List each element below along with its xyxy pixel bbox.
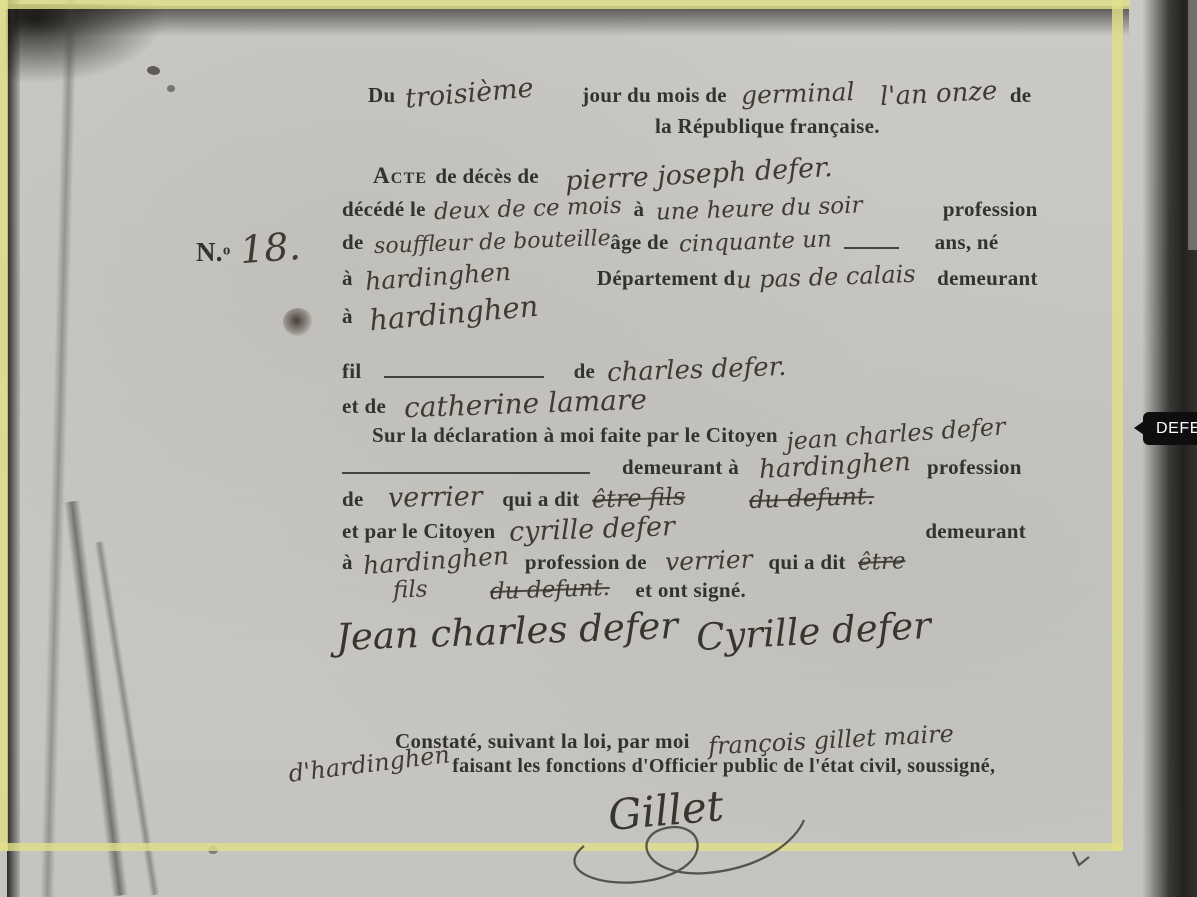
index-tooltip-label: DEFER xyxy=(1156,420,1197,437)
printed-text: de xyxy=(342,487,364,512)
handwritten-text: une heure du soir xyxy=(656,192,863,225)
handwritten-text: catherine lamare xyxy=(404,383,648,424)
handwritten-text: d'hardinghen xyxy=(287,740,451,788)
handwritten-text: hardinghen xyxy=(368,289,540,338)
printed-text: jour du mois de xyxy=(582,83,727,108)
printed-text: à xyxy=(342,550,353,575)
printed-text: profession xyxy=(943,197,1038,222)
signature-flourish xyxy=(552,798,842,897)
act-line: et decatherine lamare xyxy=(342,387,647,420)
act-body: Dutroisièmejour du mois degerminall'an o… xyxy=(0,0,1197,897)
printed-text: et ont signé. xyxy=(635,578,746,603)
printed-text: âge de xyxy=(610,230,668,255)
act-line: d'hardinghenfaisant les fonctions d'Offi… xyxy=(288,750,995,778)
printed-text: décédé le xyxy=(342,197,426,222)
printed-text: à xyxy=(633,197,644,222)
handwritten-text: fils xyxy=(393,576,428,603)
printed-text: Sur la déclaration à moi faite par le Ci… xyxy=(372,423,778,448)
handwritten-text: pierre joseph defer. xyxy=(564,152,833,197)
printed-text: de xyxy=(342,230,364,255)
act-line: Sur la déclaration à moi faite par le Ci… xyxy=(372,420,1006,448)
handwritten-text: souffleur de bouteille xyxy=(373,226,610,259)
handwritten-text: être fils xyxy=(591,482,685,513)
act-line: filsdu defunt.et ont signé. xyxy=(393,577,746,603)
printed-text: la République française. xyxy=(655,114,880,139)
printed-text: à xyxy=(342,304,353,329)
signature-text: Cyrille defer xyxy=(695,604,932,659)
handwritten-text: hardinghen xyxy=(758,447,911,485)
handwritten-text: u pas de calais xyxy=(735,260,915,294)
stray-arrow-mark xyxy=(1070,850,1094,872)
act-line: décédé ledeux de ce moisàune heure du so… xyxy=(342,196,1038,222)
handwritten-text: être xyxy=(857,548,905,576)
printed-text: et par le Citoyen xyxy=(342,519,495,544)
act-line: Dutroisièmejour du mois degerminall'an o… xyxy=(368,78,1031,109)
printed-text: demeurant à xyxy=(622,455,739,480)
printed-text: demeurant xyxy=(937,266,1038,291)
printed-text: Acte xyxy=(373,163,427,189)
signature-text: Jean charles defer xyxy=(335,604,678,659)
handwritten-text: du defunt. xyxy=(748,482,874,514)
printed-text: profession xyxy=(927,455,1022,480)
printed-text: Département d xyxy=(597,266,736,291)
index-tooltip[interactable]: DEFER xyxy=(1143,412,1197,445)
printed-text: qui a dit xyxy=(768,550,845,575)
printed-text: ans, né xyxy=(935,230,999,255)
printed-text: de xyxy=(1010,83,1032,108)
act-line: desouffleur de bouteilleâge decinquante … xyxy=(342,229,999,255)
handwritten-text: verrier xyxy=(664,544,753,576)
handwritten-text: hardinghen xyxy=(362,541,510,580)
act-line: àhardinghenDépartement du pas de calaisd… xyxy=(342,262,1038,291)
act-line: demeurant àhardinghenprofession xyxy=(342,451,1022,481)
act-line: deverrierqui a ditêtre filsdu defunt. xyxy=(342,482,874,513)
handwritten-text: cyrille defer xyxy=(509,511,676,548)
handwritten-text: troisième xyxy=(404,72,535,114)
printed-text: qui a dit xyxy=(502,487,579,512)
printed-text: profession de xyxy=(525,550,647,575)
handwritten-text: hardinghen xyxy=(364,257,512,296)
act-line: Jean charles deferCyrille defer xyxy=(336,610,931,653)
blank-rule xyxy=(844,235,899,249)
printed-text: et de xyxy=(342,394,386,419)
printed-text: demeurant xyxy=(925,519,1026,544)
act-line: Actede décès depierre joseph defer. xyxy=(373,159,833,190)
act-line: àhardinghenprofession deverrierqui a dit… xyxy=(342,546,905,575)
handwritten-text: cinquante un xyxy=(678,226,832,257)
handwritten-text: deux de ce mois xyxy=(433,193,621,226)
book-gutter-highlight xyxy=(1188,0,1197,250)
act-line: fildecharles defer. xyxy=(342,355,787,385)
handwritten-text: du defunt. xyxy=(489,575,610,605)
printed-text: faisant les fonctions d'Officier public … xyxy=(452,755,995,778)
blank-rule xyxy=(384,364,544,378)
handwritten-text: l'an onze xyxy=(880,76,999,112)
printed-text: Du xyxy=(368,83,395,108)
handwritten-text: germinal xyxy=(740,77,854,110)
printed-text: de décès de xyxy=(435,164,539,189)
printed-text: de xyxy=(574,359,596,384)
act-line: la République française. xyxy=(655,114,880,139)
printed-text: à xyxy=(342,266,353,291)
act-line: et par le Citoyencyrille deferdemeurant xyxy=(342,514,1026,545)
handwritten-text: verrier xyxy=(387,481,482,514)
printed-text: fil xyxy=(342,359,362,384)
blank-rule xyxy=(342,460,590,474)
document-scan: N.o18. Dutroisièmejour du mois degermina… xyxy=(0,0,1197,897)
act-line: àhardinghen xyxy=(342,296,538,330)
